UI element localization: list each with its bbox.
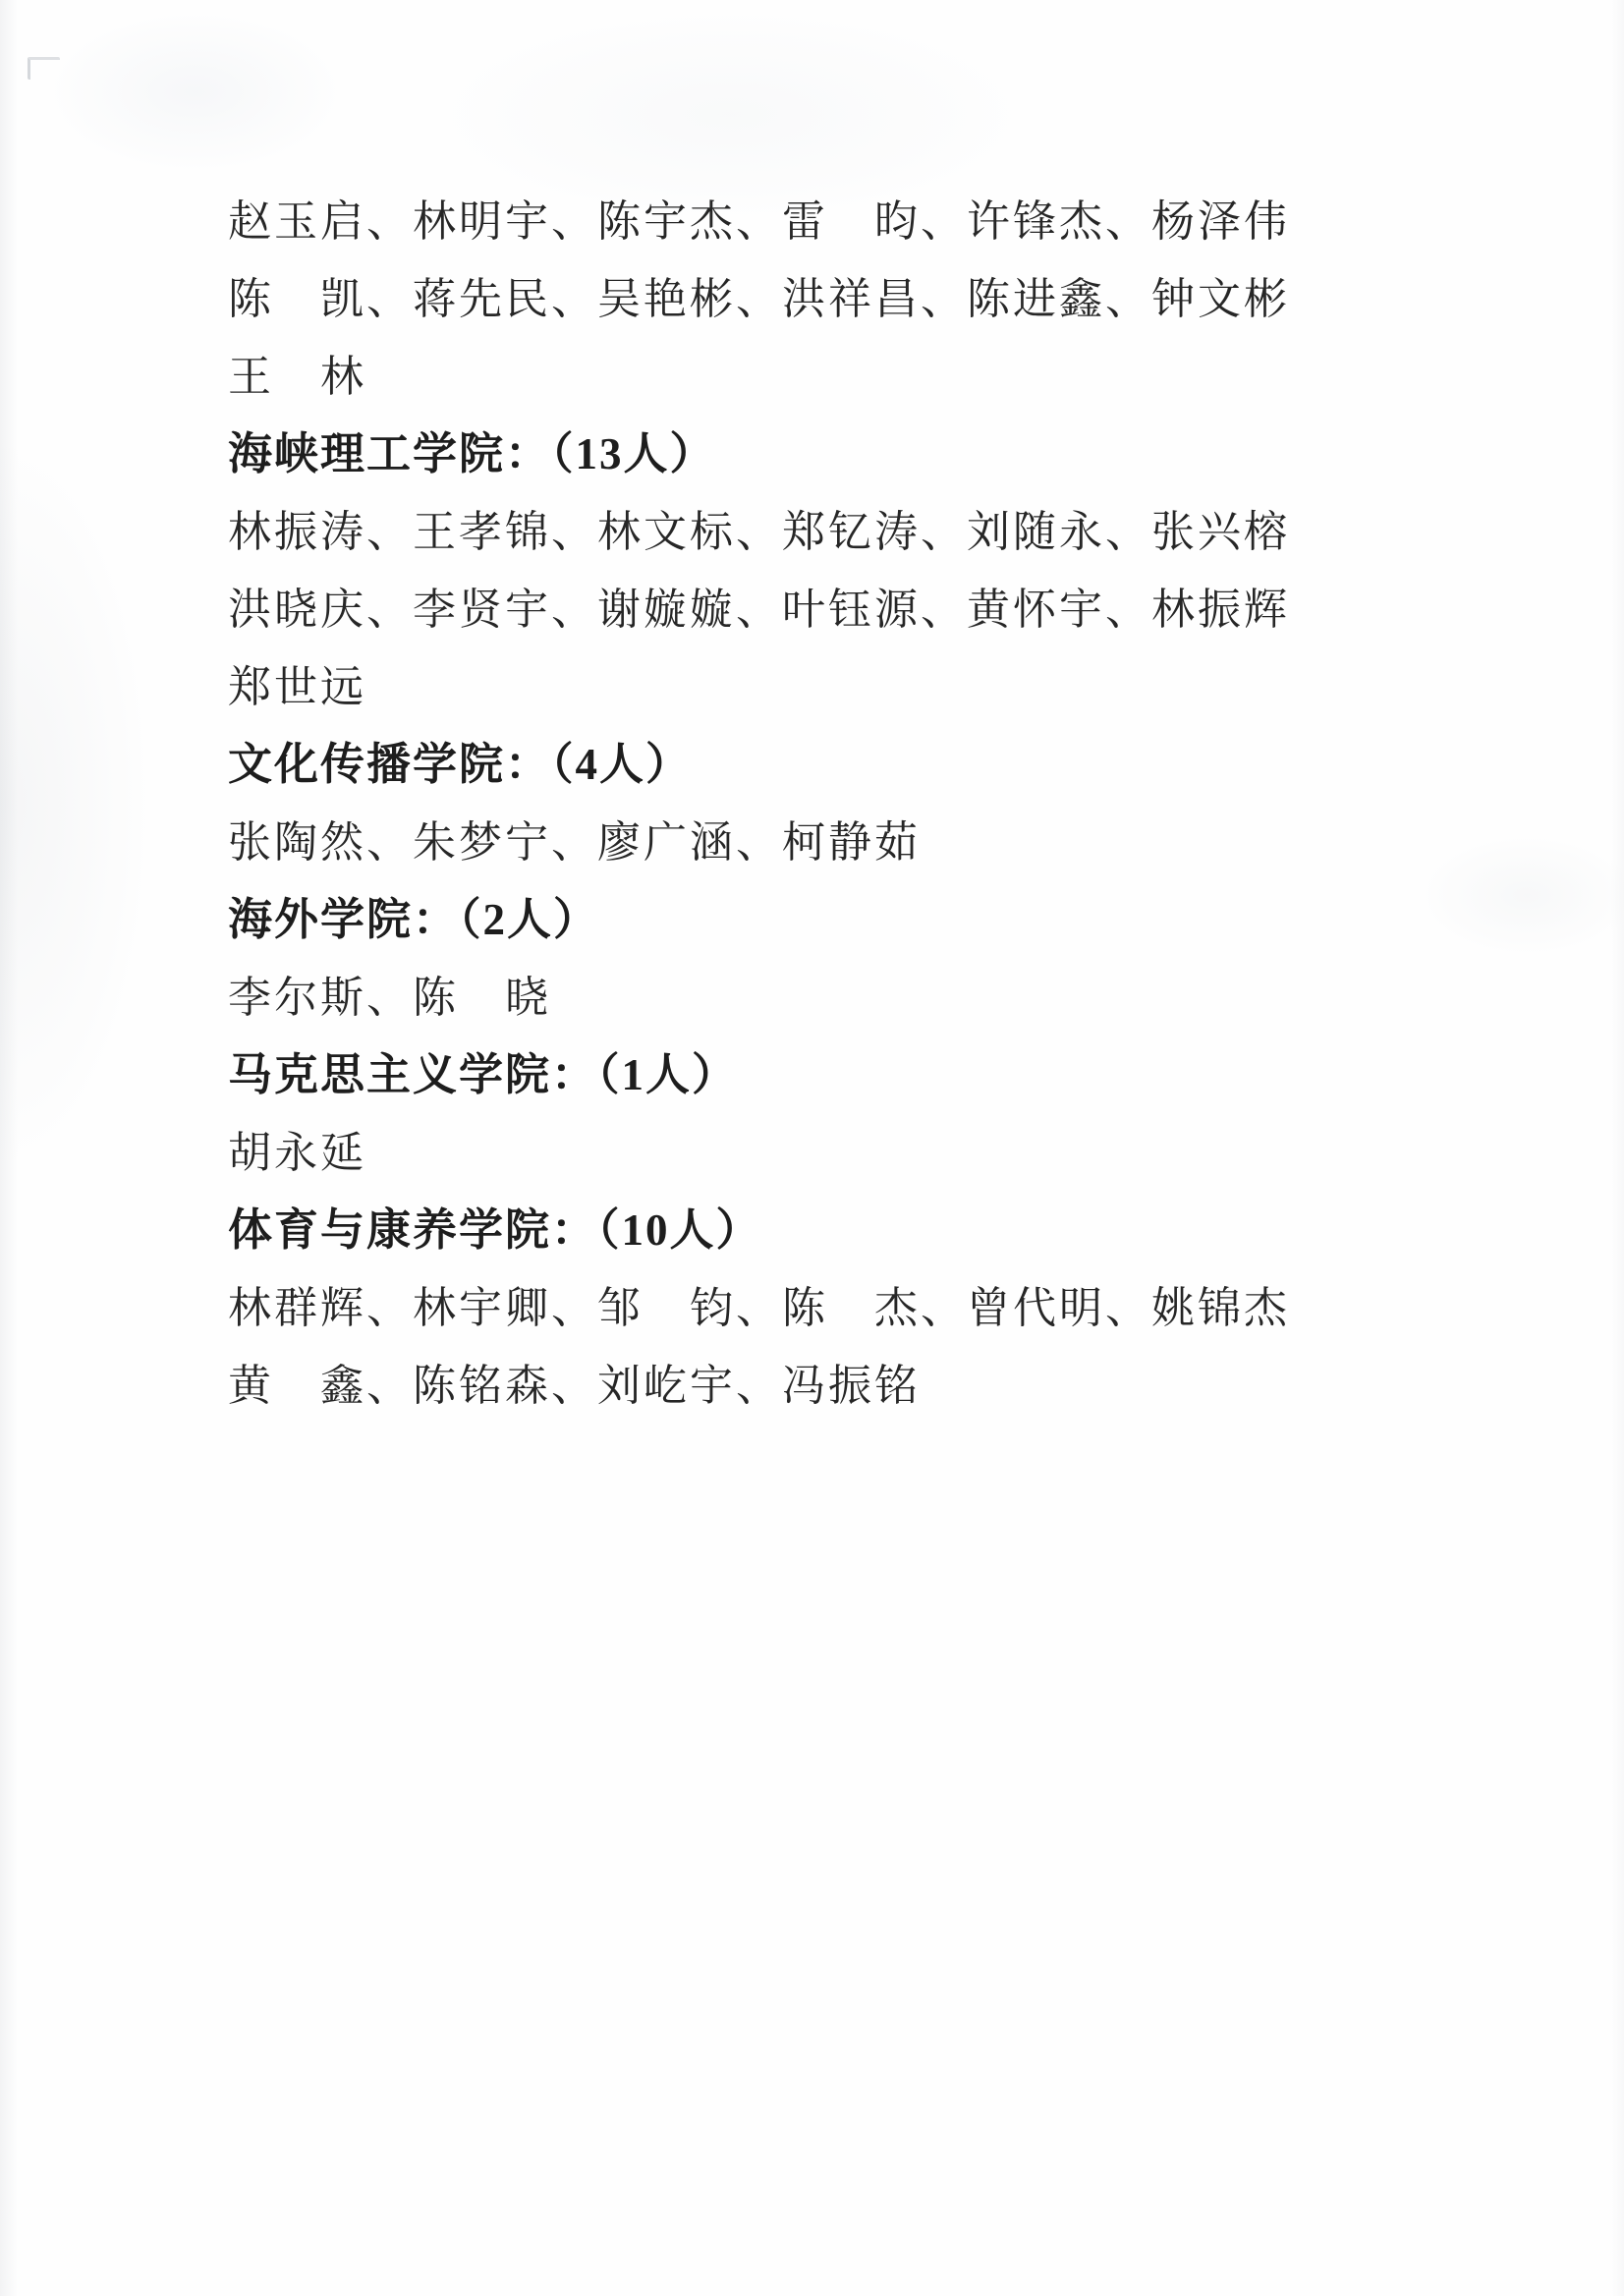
- names-line: 洪晓庆、李贤宇、谢嫙嫙、叶钰源、黄怀宇、林振辉: [228, 571, 1328, 648]
- section-heading: 海外学院：（2人）: [228, 881, 1328, 959]
- section-heading: 海峡理工学院：（13人）: [228, 416, 1328, 493]
- names-line: 黄 鑫、陈铭森、刘屹宇、冯振铭: [228, 1347, 1328, 1425]
- names-line: 林振涛、王孝锦、林文标、郑钇涛、刘随永、张兴榕: [228, 493, 1328, 571]
- names-line: 林群辉、林宇卿、邹 钧、陈 杰、曾代明、姚锦杰: [228, 1269, 1328, 1347]
- names-line: 郑世远: [228, 648, 1328, 726]
- names-line: 胡永延: [228, 1114, 1328, 1192]
- section-heading: 文化传播学院：（4人）: [228, 726, 1328, 804]
- document-page: 赵玉启、林明宇、陈宇杰、雷 昀、许锋杰、杨泽伟 陈 凯、蒋先民、吴艳彬、洪祥昌、…: [0, 0, 1624, 2296]
- names-line: 王 林: [228, 338, 1328, 416]
- names-line: 赵玉启、林明宇、陈宇杰、雷 昀、许锋杰、杨泽伟: [228, 183, 1328, 260]
- names-line: 张陶然、朱梦宁、廖广涵、柯静茹: [228, 804, 1328, 881]
- section-heading: 体育与康养学院：（10人）: [228, 1192, 1328, 1269]
- names-line: 李尔斯、陈 晓: [228, 959, 1328, 1036]
- text-block: 赵玉启、林明宇、陈宇杰、雷 昀、许锋杰、杨泽伟 陈 凯、蒋先民、吴艳彬、洪祥昌、…: [228, 183, 1328, 1425]
- names-line: 陈 凯、蒋先民、吴艳彬、洪祥昌、陈进鑫、钟文彬: [228, 260, 1328, 338]
- section-heading: 马克思主义学院：（1人）: [228, 1036, 1328, 1114]
- scan-artifact-corner-mark: [28, 57, 60, 80]
